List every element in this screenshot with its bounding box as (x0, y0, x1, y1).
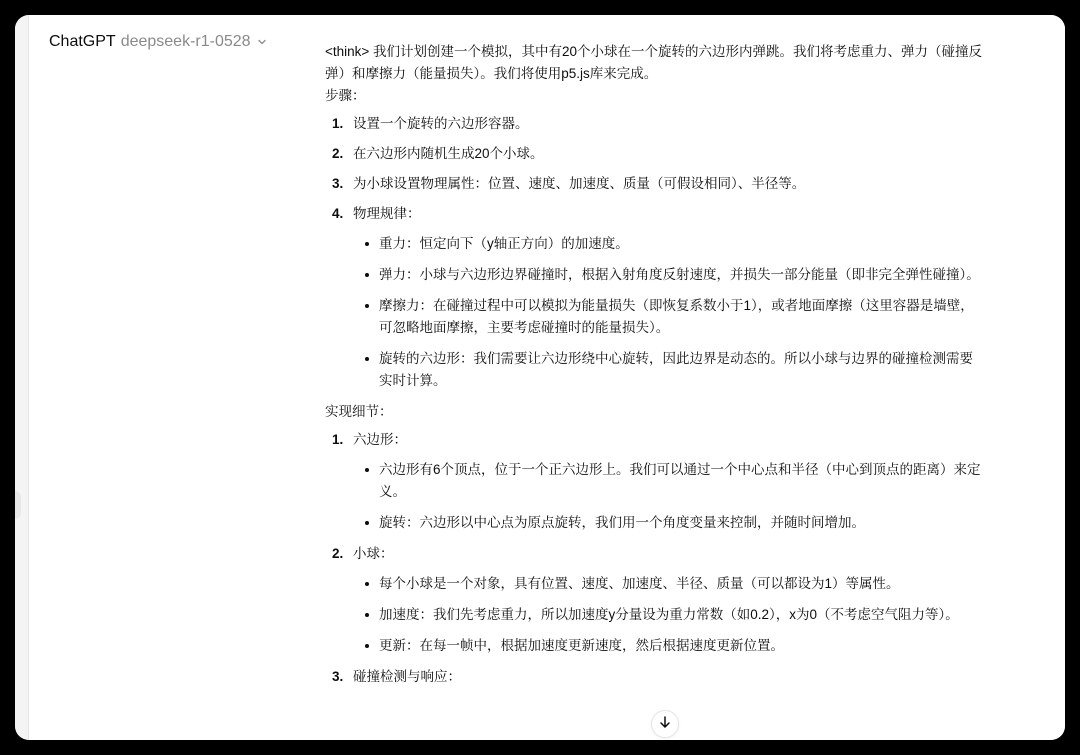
app-name: ChatGPT (49, 33, 116, 51)
list-item: 1. 设置一个旋转的六边形容器。 (325, 113, 985, 135)
steps-title: 步骤： (325, 85, 985, 107)
bullet-item: 弹力：小球与六边形边界碰撞时，根据入射角度反射速度，并损失一部分能量（即非完全弹… (353, 264, 985, 286)
bullet-icon (365, 357, 369, 361)
bullet-icon (365, 613, 369, 617)
sidebar-toggle-handle[interactable] (15, 491, 21, 519)
bullet-item: 六边形有6个顶点，位于一个正六边形上。我们可以通过一个中心点和半径（中心到顶点的… (353, 459, 985, 503)
app-window: ChatGPT deepseek-r1-0528 <think> 我们计划创建一… (15, 15, 1065, 740)
bullet-list: 每个小球是一个对象，具有位置、速度、加速度、半径、质量（可以都设为1）等属性。 … (353, 573, 985, 657)
details-list: 1. 六边形： 六边形有6个顶点，位于一个正六边形上。我们可以通过一个中心点和半… (325, 429, 985, 688)
list-item: 3. 碰撞检测与响应： (325, 666, 985, 688)
details-title: 实现细节： (325, 401, 985, 423)
bullet-icon (365, 242, 369, 246)
bullet-item: 摩擦力：在碰撞过程中可以模拟为能量损失（即恢复系数小于1），或者地面摩擦（这里容… (353, 295, 985, 339)
bullet-icon (365, 304, 369, 308)
chat-main: ChatGPT deepseek-r1-0528 <think> 我们计划创建一… (29, 15, 1065, 740)
bullet-item: 重力：恒定向下（y轴正方向）的加速度。 (353, 233, 985, 255)
chevron-down-icon (257, 37, 267, 47)
list-item: 2. 在六边形内随机生成20个小球。 (325, 143, 985, 165)
bullet-list: 重力：恒定向下（y轴正方向）的加速度。 弹力：小球与六边形边界碰撞时，根据入射角… (353, 233, 985, 392)
steps-list: 1. 设置一个旋转的六边形容器。 2. 在六边形内随机生成20个小球。 3. 为… (325, 113, 985, 392)
arrow-down-icon (658, 715, 672, 734)
list-item: 1. 六边形： 六边形有6个顶点，位于一个正六边形上。我们可以通过一个中心点和半… (325, 429, 985, 534)
model-selector[interactable]: ChatGPT deepseek-r1-0528 (49, 33, 267, 51)
bullet-item: 加速度：我们先考虑重力，所以加速度y分量设为重力常数（如0.2），x为0（不考虑… (353, 604, 985, 626)
assistant-message: <think> 我们计划创建一个模拟，其中有20个小球在一个旋转的六边形内弹跳。… (325, 41, 985, 696)
scroll-to-bottom-button[interactable] (651, 710, 679, 738)
bullet-item: 更新：在每一帧中，根据加速度更新速度，然后根据速度更新位置。 (353, 635, 985, 657)
bullet-list: 六边形有6个顶点，位于一个正六边形上。我们可以通过一个中心点和半径（中心到顶点的… (353, 459, 985, 534)
list-item: 4. 物理规律： 重力：恒定向下（y轴正方向）的加速度。 弹力：小球与六边形边界… (325, 203, 985, 392)
bullet-item: 每个小球是一个对象，具有位置、速度、加速度、半径、质量（可以都设为1）等属性。 (353, 573, 985, 595)
bullet-icon (365, 521, 369, 525)
list-item: 3. 为小球设置物理属性：位置、速度、加速度、质量（可假设相同）、半径等。 (325, 173, 985, 195)
bullet-icon (365, 468, 369, 472)
bullet-item: 旋转：六边形以中心点为原点旋转，我们用一个角度变量来控制，并随时间增加。 (353, 512, 985, 534)
bullet-icon (365, 582, 369, 586)
model-name: deepseek-r1-0528 (121, 33, 251, 51)
bullet-item: 旋转的六边形：我们需要让六边形绕中心旋转，因此边界是动态的。所以小球与边界的碰撞… (353, 348, 985, 392)
intro-text: <think> 我们计划创建一个模拟，其中有20个小球在一个旋转的六边形内弹跳。… (325, 41, 985, 85)
collapsed-sidebar[interactable] (15, 15, 29, 740)
bullet-icon (365, 273, 369, 277)
list-item: 2. 小球： 每个小球是一个对象，具有位置、速度、加速度、半径、质量（可以都设为… (325, 543, 985, 657)
bullet-icon (365, 644, 369, 648)
